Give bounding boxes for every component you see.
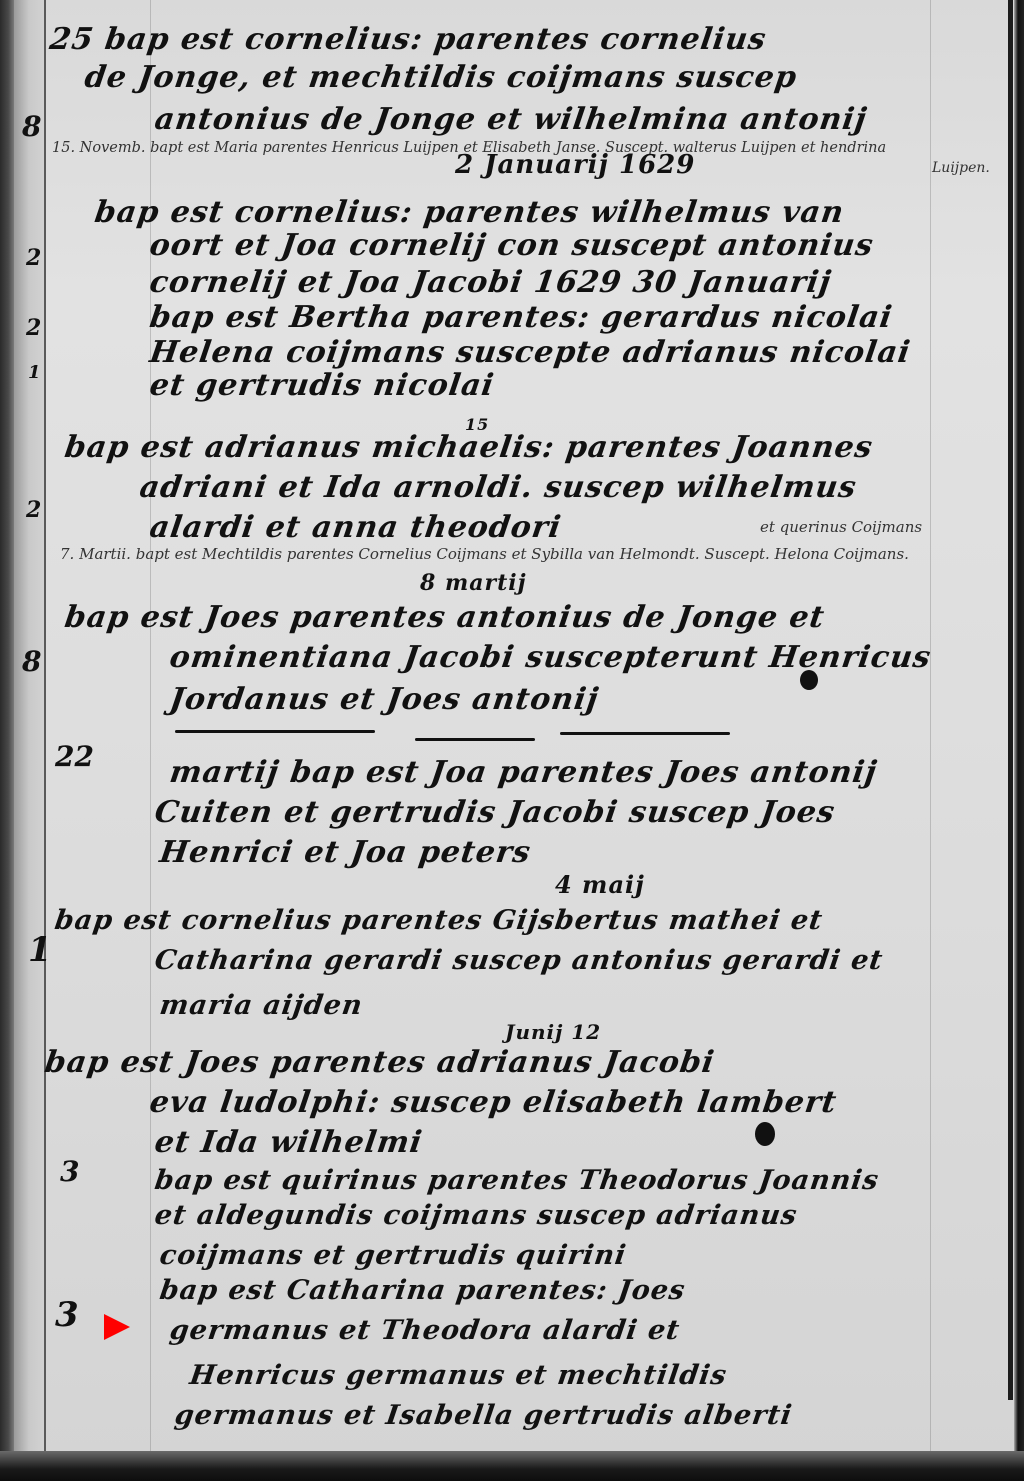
entry-line: bap est Joes parentes antonius de Jonge … bbox=[63, 600, 828, 635]
margin-number: 2 bbox=[26, 245, 41, 271]
entry-line: antonius de Jonge et wilhelmina antonij bbox=[153, 102, 870, 137]
entry-underline bbox=[560, 732, 730, 735]
entry-line: germanus et Theodora alardi et bbox=[168, 1315, 682, 1346]
entry-line: et Ida wilhelmi bbox=[153, 1125, 425, 1160]
ink-blot bbox=[755, 1122, 775, 1146]
entry-line: oort et Joa cornelij con suscept antoniu… bbox=[148, 228, 876, 263]
entry-line: maria aijden bbox=[158, 990, 365, 1021]
faint-margin-rule bbox=[930, 0, 931, 1460]
entry-date: Junij 12 bbox=[505, 1020, 601, 1044]
entry-line: et aldegundis coijmans suscep adrianus bbox=[153, 1200, 800, 1231]
entry-line: et gertrudis nicolai bbox=[148, 368, 497, 403]
margin-number: 8 bbox=[22, 645, 41, 678]
entry-line: alardi et anna theodori bbox=[148, 510, 564, 545]
entry-line: bap est quirinus parentes Theodorus Joan… bbox=[153, 1165, 881, 1196]
margin-number: 8 bbox=[22, 110, 41, 143]
entry-line: bap est adrianus michaelis: parentes Joa… bbox=[63, 430, 876, 465]
ink-blot bbox=[800, 670, 818, 690]
page-bottom-edge bbox=[0, 1451, 1024, 1481]
entry-line: Cuiten et gertrudis Jacobi suscep Joes bbox=[153, 795, 838, 830]
entry-line: Catharina gerardi suscep antonius gerard… bbox=[153, 945, 885, 976]
entry-line: Helena coijmans suscepte adrianus nicola… bbox=[148, 335, 913, 370]
binding-shadow bbox=[0, 0, 14, 1481]
margin-number: 2 bbox=[26, 315, 41, 341]
entry-date: 8 martij bbox=[420, 570, 527, 596]
margin-number: 3 bbox=[55, 1295, 79, 1335]
margin-number: 1 bbox=[28, 930, 52, 970]
entry-line: 25 bap est cornelius: parentes cornelius bbox=[48, 22, 769, 57]
entry-line: bap est cornelius parentes Gijsbertus ma… bbox=[53, 905, 825, 936]
later-hand-note-above: et querinus Coijmans bbox=[760, 518, 922, 536]
entry-line: coijmans et gertrudis quirini bbox=[158, 1240, 629, 1271]
entry-line: martij bap est Joa parentes Joes antonij bbox=[168, 755, 880, 790]
right-margin-rule bbox=[1008, 0, 1013, 1400]
right-edge-shadow bbox=[1014, 0, 1024, 1481]
entry-line: de Jonge, et mechtildis coijmans suscep bbox=[83, 60, 800, 95]
entry-line: adriani et Ida arnoldi. suscep wilhelmus bbox=[138, 470, 859, 505]
margin-number: 22 bbox=[55, 740, 94, 773]
manuscript-page: 8 2 2 1 2 8 22 1 3 3 25 bap est corneliu… bbox=[0, 0, 1024, 1481]
entry-line: bap est Joes parentes adrianus Jacobi bbox=[43, 1045, 717, 1080]
entry-line: cornelij et Joa Jacobi 1629 30 Januarij bbox=[148, 265, 834, 300]
entry-line: Henrici et Joa peters bbox=[158, 835, 534, 870]
entry-underline bbox=[415, 738, 535, 741]
entry-line: Jordanus et Joes antonij bbox=[168, 682, 601, 717]
red-triangle-marker-icon bbox=[104, 1314, 130, 1340]
entry-line: bap est Bertha parentes: gerardus nicola… bbox=[148, 300, 895, 335]
page-gutter bbox=[14, 0, 46, 1460]
entry-date: 4 maij bbox=[555, 870, 645, 899]
later-hand-note-tail: Luijpen. bbox=[932, 160, 990, 176]
entry-underline bbox=[175, 730, 375, 733]
entry-line: eva ludolphi: suscep elisabeth lambert bbox=[148, 1085, 840, 1120]
margin-number: 3 bbox=[60, 1155, 79, 1188]
entry-line: germanus et Isabella gertrudis alberti bbox=[173, 1400, 795, 1431]
entry-date: 2 Januarij 1629 bbox=[455, 150, 695, 180]
entry-line: bap est cornelius: parentes wilhelmus va… bbox=[93, 195, 847, 230]
entry-line: ominentiana Jacobi suscepterunt Henricus bbox=[168, 640, 934, 675]
margin-number: 2 bbox=[26, 497, 41, 523]
entry-line: bap est Catharina parentes: Joes bbox=[158, 1275, 688, 1306]
later-hand-note: 7. Martii. bapt est Mechtildis parentes … bbox=[60, 545, 909, 563]
margin-number: 1 bbox=[28, 362, 41, 383]
entry-line: Henricus germanus et mechtildis bbox=[188, 1360, 729, 1391]
